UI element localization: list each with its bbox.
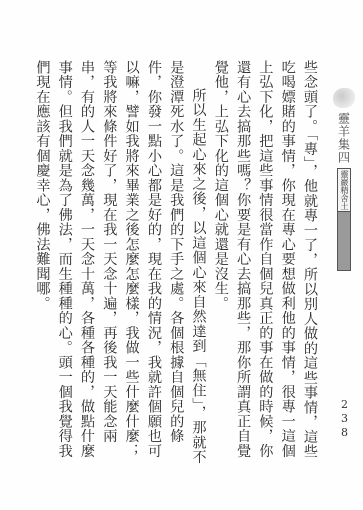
- paragraph-1: 些念頭了。「專」，他就專一了，所以別人做的這些事情，這些吃喝嫖賭的事情，你現在專…: [210, 60, 321, 472]
- series-label: 靈巖精舍土: [337, 168, 351, 212]
- book-page: 靈羊集四 靈巖精舍土 些念頭了。「專」，他就專一了，所以別人做的這些事情，這些吃…: [0, 0, 363, 510]
- body-text: 些念頭了。「專」，他就專一了，所以別人做的這些事情，這些吃喝嫖賭的事情，你現在專…: [31, 60, 321, 472]
- series-label-band: [337, 212, 351, 271]
- book-title: 靈羊集四: [336, 112, 353, 164]
- running-header: 靈羊集四 靈巖精舍土: [329, 88, 359, 271]
- page-number: 238: [338, 398, 351, 440]
- ornament-icon: [333, 88, 355, 108]
- paragraph-2: 所以生起心來之後，以這個心來自然達到「無住」，那就不是澄潭死水了。這是我們的下手…: [31, 60, 209, 472]
